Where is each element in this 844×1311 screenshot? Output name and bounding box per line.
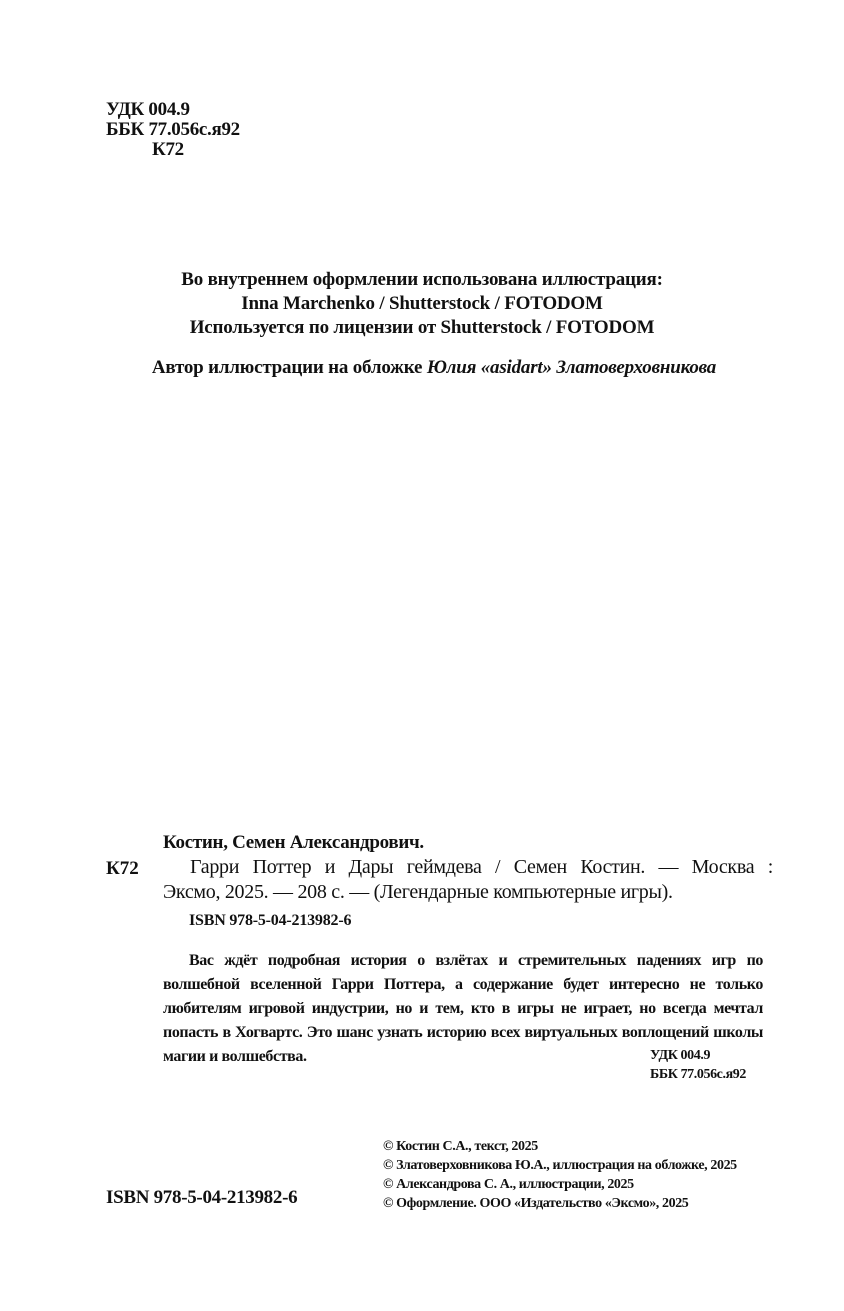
description-line-2: Эксмо, 2025. — 208 с. — (Легендарные ком…	[163, 880, 773, 905]
catalog-card-description: Гарри Поттер и Дары геймдева / Семен Кос…	[163, 855, 773, 905]
credits-line-1: Во внутреннем оформлении использована ил…	[0, 268, 844, 292]
udk-code: УДК 004.9	[106, 100, 240, 120]
catalog-card-isbn: ISBN 978-5-04-213982-6	[189, 912, 351, 930]
cover-illustrator-name: Юлия «asidart» Златоверховникова	[427, 357, 716, 378]
description-line-1: Гарри Поттер и Дары геймдева / Семен Кос…	[163, 855, 773, 880]
classification-block-top: УДК 004.9 ББК 77.056с.я92 К72	[106, 100, 240, 160]
catalog-card-author-mark: К72	[106, 858, 139, 880]
copyright-line: © Костин С.А., текст, 2025	[383, 1137, 737, 1156]
cover-illustrator-label: Автор иллюстрации на обложке	[152, 357, 422, 378]
credits-line-3: Используется по лицензии от Shutterstock…	[0, 316, 844, 340]
bbk-code-bottom: ББК 77.056с.я92	[650, 1065, 746, 1084]
bbk-code: ББК 77.056с.я92	[106, 120, 240, 140]
catalog-card-author: Костин, Семен Александрович.	[163, 832, 424, 854]
credits-line-2: Inna Marchenko / Shutterstock / FOTODOM	[0, 292, 844, 316]
copyright-line: © Оформление. ООО «Издательство «Эксмо»,…	[383, 1194, 737, 1213]
cover-illustrator: Автор иллюстрации на обложке Юлия «asida…	[0, 356, 844, 380]
isbn: ISBN 978-5-04-213982-6	[106, 1187, 297, 1209]
copyright-line: © Златоверховникова Ю.А., иллюстрация на…	[383, 1156, 737, 1175]
udk-code-bottom: УДК 004.9	[650, 1046, 746, 1065]
copyright-notices: © Костин С.А., текст, 2025 © Златоверхов…	[383, 1137, 737, 1213]
copyright-line: © Александрова С. А., иллюстрации, 2025	[383, 1175, 737, 1194]
author-mark: К72	[106, 140, 240, 160]
illustration-credits: Во внутреннем оформлении использована ил…	[0, 268, 844, 340]
classification-block-bottom: УДК 004.9 ББК 77.056с.я92	[650, 1046, 746, 1084]
